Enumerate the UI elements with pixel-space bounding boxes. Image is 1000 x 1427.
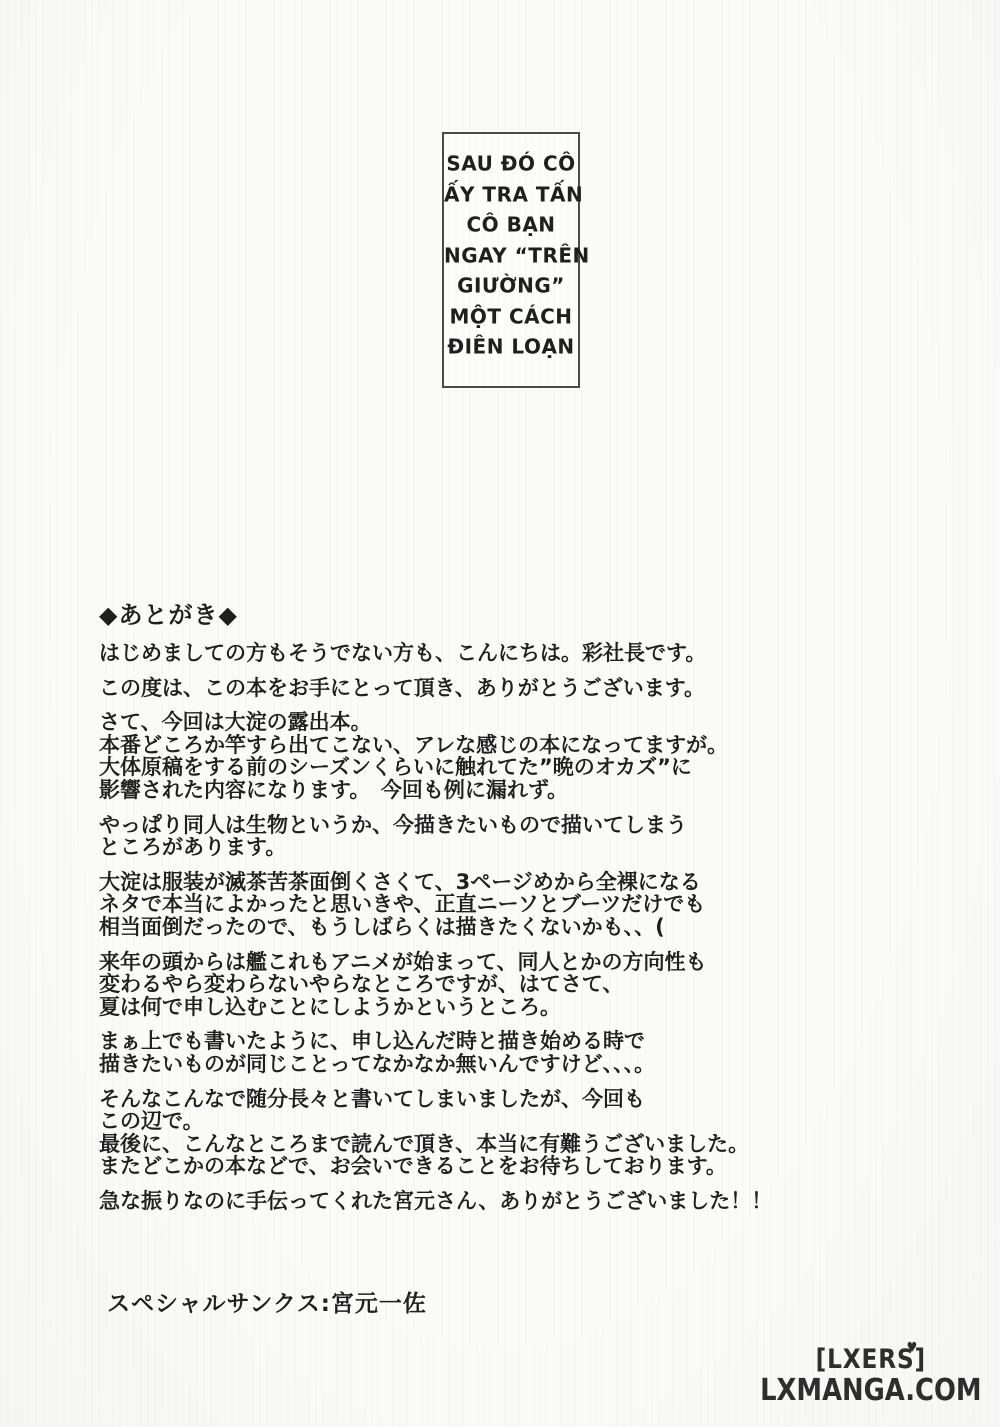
afterword-heading: ◆あとがき◆ xyxy=(99,602,709,628)
afterword-section: ◆あとがき◆ はじめましての方もそうでない方も、こんにちは。彩社長です。この度は… xyxy=(99,602,709,1224)
special-thanks-line: スペシャルサンクス:宮元一佐 xyxy=(107,1285,427,1318)
afterword-paragraph: そんなこんなで随分長々と書いてしまいましたが、今回もこの辺で。最後に、こんなとこ… xyxy=(99,1088,709,1178)
afterword-line: ネタで本当によかったと思いきや、正直ニーソとブーツだけでも xyxy=(99,893,709,916)
afterword-paragraph: さて、今回は大淀の露出本。本番どころか竿すら出てこない、アレな感じの本になってま… xyxy=(99,711,709,801)
speech-line: SAU ĐÓ CÔ xyxy=(444,147,578,179)
afterword-line: まぁ上でも書いたように、申し込んだ時と描き始める時で xyxy=(99,1030,709,1053)
manga-afterword-page: SAU ĐÓ CÔẤY TRA TẤNCÔ BẠNNGAY “TRÊNGIƯỜN… xyxy=(0,0,1000,1427)
afterword-line: 最後に、こんなところまで読んで頂き、本当に有難うございました。 xyxy=(99,1133,709,1156)
afterword-line: 相当面倒だったので、もうしばらくは描きたくないかも、、( xyxy=(99,916,709,939)
heart-icon: ♥ xyxy=(907,1341,919,1355)
afterword-line: この度は、この本をお手にとって頂き、ありがとうございます。 xyxy=(99,677,709,700)
afterword-line: 本番どころか竿すら出てこない、アレな感じの本になってますが。 xyxy=(99,734,709,757)
afterword-paragraph: 大淀は服装が滅茶苦茶面倒くさくて、3ページめから全裸になるネタで本当によかったと… xyxy=(99,871,709,939)
afterword-line: 夏は何で申し込むことにしようかというところ。 xyxy=(99,996,709,1019)
afterword-line: 来年の頭からは艦これもアニメが始まって、同人とかの方向性も xyxy=(99,951,709,974)
watermark: [LXERS] ♥ LXMANGA.COM xyxy=(760,1346,982,1406)
afterword-line: はじめましての方もそうでない方も、こんにちは。彩社長です。 xyxy=(99,642,709,665)
afterword-line: 大体原稿をする前のシーズンくらいに触れてた”晩のオカズ”に xyxy=(99,756,709,779)
afterword-line: 描きたいものが同じことってなかなか無いんですけど、、、。 xyxy=(99,1053,709,1076)
afterword-line: またどこかの本などで、お会いできることをお待ちしております。 xyxy=(99,1155,709,1178)
afterword-line: ところがあります。 xyxy=(99,836,709,859)
speech-panel-text: SAU ĐÓ CÔẤY TRA TẤNCÔ BẠNNGAY “TRÊNGIƯỜN… xyxy=(444,148,578,362)
speech-line: ẤY TRA TẤN xyxy=(444,178,578,210)
speech-line: MỘT CÁCH xyxy=(444,300,578,332)
afterword-line: 急な振りなのに手伝ってくれた宮元さん、ありがとうございました！！ xyxy=(99,1190,709,1213)
afterword-paragraph: 来年の頭からは艦これもアニメが始まって、同人とかの方向性も変わるやら変わらないや… xyxy=(99,951,709,1019)
afterword-paragraph: 急な振りなのに手伝ってくれた宮元さん、ありがとうございました！！ xyxy=(99,1190,709,1213)
afterword-line: この辺で。 xyxy=(99,1110,709,1133)
afterword-paragraph: やっぱり同人は生物というか、今描きたいもので描いてしまうところがあります。 xyxy=(99,814,709,859)
speech-panel: SAU ĐÓ CÔẤY TRA TẤNCÔ BẠNNGAY “TRÊNGIƯỜN… xyxy=(442,132,580,388)
afterword-paragraph: まぁ上でも書いたように、申し込んだ時と描き始める時で描きたいものが同じことってな… xyxy=(99,1030,709,1075)
afterword-line: 大淀は服装が滅茶苦茶面倒くさくて、3ページめから全裸になる xyxy=(99,871,709,894)
afterword-line: 影響された内容になります。 今回も例に漏れず。 xyxy=(99,779,709,802)
afterword-line: さて、今回は大淀の露出本。 xyxy=(99,711,709,734)
watermark-site-name: LXMANGA.COM xyxy=(760,1376,982,1406)
speech-line: ĐIÊN LOẠN xyxy=(444,330,578,362)
afterword-paragraphs: はじめましての方もそうでない方も、こんにちは。彩社長です。この度は、この本をお手… xyxy=(99,642,709,1212)
afterword-line: 変わるやら変わらないやらなところですが、はてさて、 xyxy=(99,973,709,996)
speech-line: CÔ BẠN xyxy=(444,208,578,240)
afterword-paragraph: はじめましての方もそうでない方も、こんにちは。彩社長です。 xyxy=(99,642,709,665)
watermark-group-name: [LXERS] ♥ xyxy=(816,1346,926,1373)
afterword-line: そんなこんなで随分長々と書いてしまいましたが、今回も xyxy=(99,1088,709,1111)
afterword-paragraph: この度は、この本をお手にとって頂き、ありがとうございます。 xyxy=(99,677,709,700)
speech-line: NGAY “TRÊN xyxy=(444,239,578,271)
afterword-line: やっぱり同人は生物というか、今描きたいもので描いてしまう xyxy=(99,814,709,837)
speech-line: GIƯỜNG” xyxy=(444,269,578,301)
